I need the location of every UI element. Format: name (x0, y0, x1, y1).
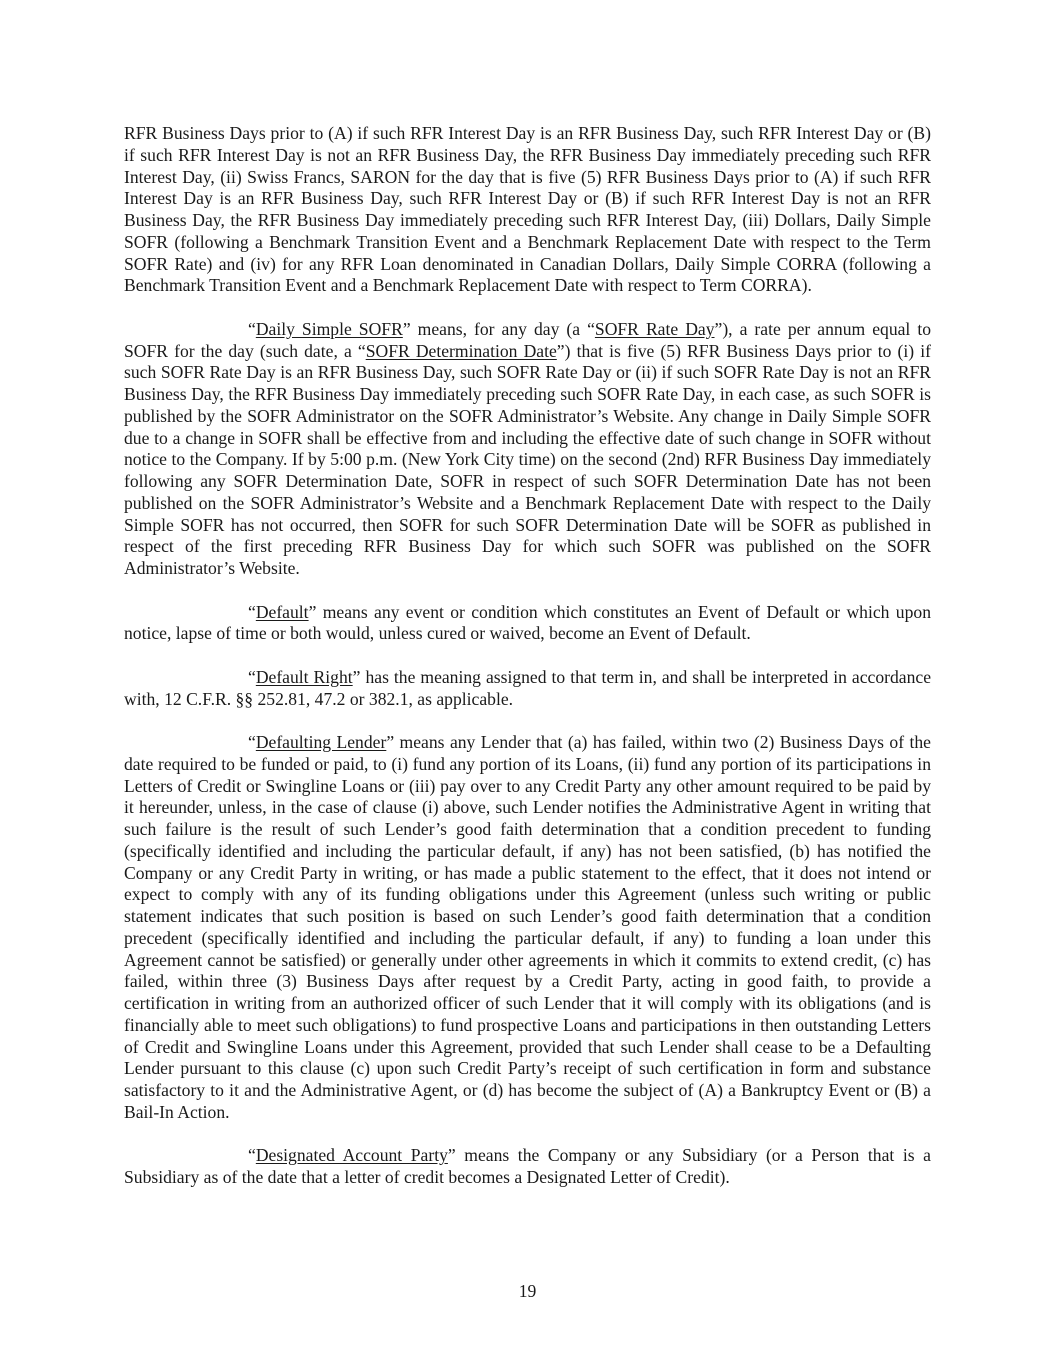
defined-term: Daily Simple SOFR (256, 319, 403, 339)
definition-default: “Default” means any event or condition w… (124, 602, 931, 646)
defined-term: Default Right (256, 667, 353, 687)
definition-text: ” has the meaning assigned to that term … (124, 667, 931, 709)
open-quote: “ (248, 602, 256, 622)
definition-text: ” means, for any day (a “ (403, 319, 595, 339)
definition-daily-simple-sofr: “Daily Simple SOFR” means, for any day (… (124, 319, 931, 580)
definition-text: ” means the Company or any Subsidiary (o… (124, 1145, 931, 1187)
defined-term: Default (256, 602, 309, 622)
paragraph-text: RFR Business Days prior to (A) if such R… (124, 123, 931, 295)
defined-term: SOFR Determination Date (366, 341, 557, 361)
paragraph-rfr-continuation: RFR Business Days prior to (A) if such R… (124, 123, 931, 297)
page-number: 19 (0, 1281, 1055, 1302)
definition-text: ” means any event or condition which con… (124, 602, 931, 644)
definition-default-right: “Default Right” has the meaning assigned… (124, 667, 931, 711)
definition-designated-account-party: “Designated Account Party” means the Com… (124, 1145, 931, 1189)
open-quote: “ (248, 667, 256, 687)
open-quote: “ (248, 732, 256, 752)
definition-text: ”) that is five (5) RFR Business Days pr… (124, 341, 931, 579)
definition-defaulting-lender: “Defaulting Lender” means any Lender tha… (124, 732, 931, 1124)
document-page: RFR Business Days prior to (A) if such R… (124, 123, 931, 1211)
defined-term: SOFR Rate Day (595, 319, 715, 339)
defined-term: Defaulting Lender (256, 732, 387, 752)
open-quote: “ (248, 319, 256, 339)
definition-text: ” means any Lender that (a) has failed, … (124, 732, 931, 1122)
open-quote: “ (248, 1145, 256, 1165)
defined-term: Designated Account Party (256, 1145, 448, 1165)
